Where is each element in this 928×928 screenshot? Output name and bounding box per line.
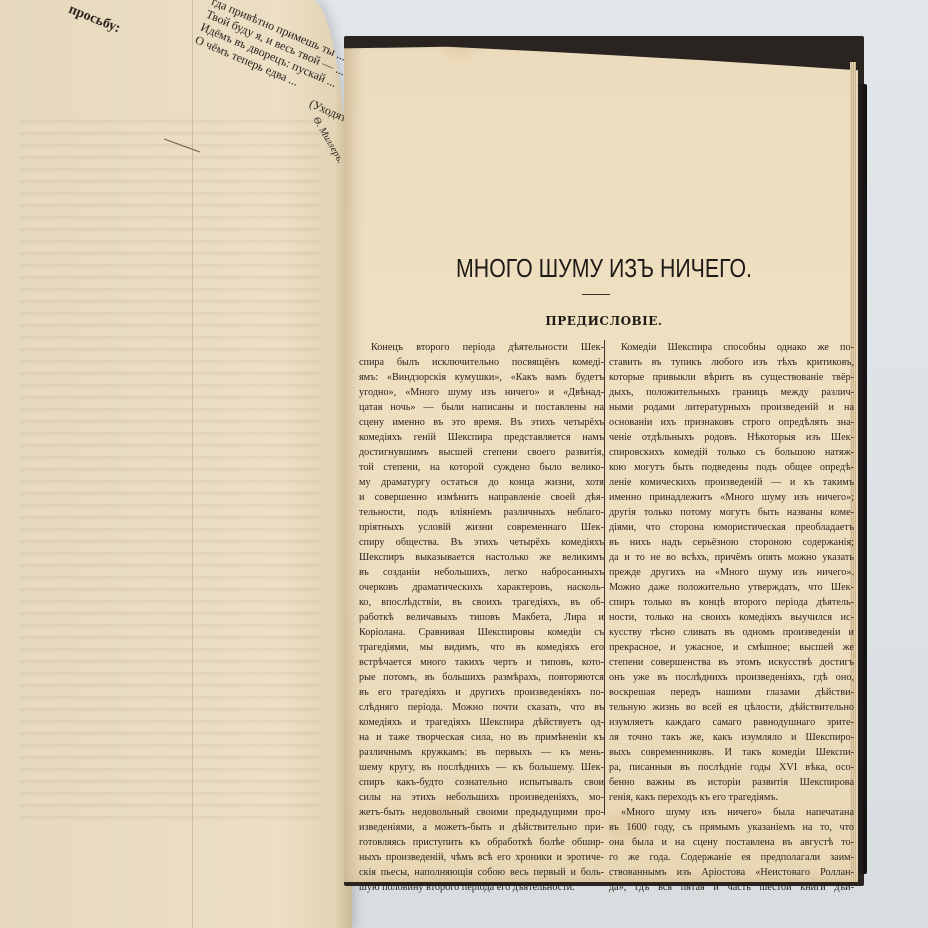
text-line: въ созданіи небольшихъ, легко набросанны… — [359, 565, 604, 580]
text-line: скія пьесы, наполняющія собою весь первы… — [359, 865, 604, 880]
text-line: готовляясь приступить къ обработкѣ болѣе… — [359, 835, 604, 850]
text-line: спиръ какъ-будто сознательно испытывалъ … — [359, 775, 604, 790]
text-line: діями, что сторона юмористическая преобл… — [609, 520, 854, 535]
text-line: выхъ современниковъ. И такъ комедіи Шекс… — [609, 745, 854, 760]
text-line: ля точно такъ же, какъ изумляло и Шекспи… — [609, 730, 854, 745]
text-line: спиръ только въ концѣ второго періода дѣ… — [609, 595, 854, 610]
text-line: онъ уже въ послѣднихъ произведеніяхъ, гд… — [609, 670, 854, 685]
text-line: ныхъ произведеній, чѣмъ всѣ его хроники … — [359, 850, 604, 865]
text-line: основаніи ихъ признаковъ строго опредѣля… — [609, 415, 854, 430]
text-line: сцену именно въ это время. Въ этихъ четы… — [359, 415, 604, 430]
text-line: кусству тѣсно сливать въ одномъ произвед… — [609, 625, 854, 640]
text-line: шую половину второго періода его дѣятель… — [359, 880, 604, 895]
text-line: ченіе отдѣльныхъ родовъ. Нѣкоторыя изъ Ш… — [609, 430, 854, 445]
text-line: комедіяхъ и трагедіяхъ Шекспира дѣйствуе… — [359, 715, 604, 730]
text-line: ра, писанныя въ послѣдніе годы XVI вѣка,… — [609, 760, 854, 775]
text-line: степени совершенства въ этомъ искусствѣ … — [609, 655, 854, 670]
play-title: МНОГО ШУМУ ИЗЪ НИЧЕГО. — [396, 253, 813, 284]
text-line: очерковъ драматическихъ характеровъ, нас… — [359, 580, 604, 595]
title-rule — [582, 294, 610, 295]
text-line: «Много шуму изъ ничего» была напечатана — [609, 805, 854, 820]
text-line: слѣдняго періода. Можно почти сказать, ч… — [359, 700, 604, 715]
text-line: ствованнымъ изъ Аріостова «Неистоваго Ро… — [609, 865, 854, 880]
text-line: ко, впослѣдствіи, въ своихъ трагедіяхъ, … — [359, 595, 604, 610]
text-line: въ 1600 году, съ прямымъ указаніемъ на т… — [609, 820, 854, 835]
left-page — [0, 0, 352, 928]
text-line: достигнувшимъ высшей степени своего разв… — [359, 445, 604, 460]
text-line: Конецъ второго періода дѣятельности Шек- — [359, 340, 604, 355]
show-through-text — [20, 120, 320, 820]
text-line: рые потомъ, въ большихъ размѣрахъ, повто… — [359, 670, 604, 685]
text-line: угодно», «Много шуму изъ ничего» и «Двѣн… — [359, 385, 604, 400]
text-line: генія, какъ переходъ къ его трагедіямъ. — [609, 790, 854, 805]
text-line: спировскихъ комедій только съ большою на… — [609, 445, 854, 460]
text-line: ными родами литературныхъ произведеній и… — [609, 400, 854, 415]
text-line: Комедіи Шекспира способны однако же по- — [609, 340, 854, 355]
text-line: ставить въ тупикъ любого изъ тѣхъ критик… — [609, 355, 854, 370]
text-line: тельности, подъ вліяніемъ различныхъ неб… — [359, 505, 604, 520]
text-line: прекрасное, и ужасное, и смѣшное; высшей… — [609, 640, 854, 655]
text-line: другія только потому могутъ быть названы… — [609, 505, 854, 520]
text-column-left: Конецъ второго періода дѣятельности Шек-… — [359, 340, 604, 895]
text-line: шему кругу, въ послѣднихъ — къ большему.… — [359, 760, 604, 775]
text-line: бенно важны въ исторіи развитія Шекспиро… — [609, 775, 854, 790]
text-line: силы на этихъ небольшихъ произведеніяхъ,… — [359, 790, 604, 805]
text-line: тельную жизнь во всей ея цѣлости, дѣйств… — [609, 700, 854, 715]
text-line: спира былъ исключительно посвящёнъ комед… — [359, 355, 604, 370]
text-line: той степени, на которой суждено было вел… — [359, 460, 604, 475]
text-line: да», гдѣ вся пятая и часть шестой книги … — [609, 880, 854, 895]
text-line: ности, только на своихъ комедіяхъ выучил… — [609, 610, 854, 625]
text-line: работкѣ величавыхъ типовъ Макбета, Лира … — [359, 610, 604, 625]
text-line: прежде другихъ на «Много шуму изъ ничего… — [609, 565, 854, 580]
text-line: трагедіями, мы видимъ, что въ комедіяхъ … — [359, 640, 604, 655]
text-line: на и таже творческая сила, но въ примѣне… — [359, 730, 604, 745]
text-line: комедіяхъ геній Шекспира представляется … — [359, 430, 604, 445]
text-line: въ нихъ надъ серьёзною стороною содержан… — [609, 535, 854, 550]
text-line: изумляетъ каждаго самаго равнодушнаго зр… — [609, 715, 854, 730]
text-line: изведеніями, а можетъ-быть и дѣйствитель… — [359, 820, 604, 835]
text-line: го же года. Содержаніе ея предполагали з… — [609, 850, 854, 865]
text-line: леніе комическихъ произведеній — и къ та… — [609, 475, 854, 490]
text-line: дыхъ, положительныхъ границъ между разли… — [609, 385, 854, 400]
text-line: му драматургу остаться до конца жизни, х… — [359, 475, 604, 490]
text-line: жетъ-быть недовольный своими предыдущими… — [359, 805, 604, 820]
text-line: въ его трагедіяхъ и другихъ произведенія… — [359, 685, 604, 700]
text-line: спиру общества. Въ этихъ четырёхъ комеді… — [359, 535, 604, 550]
text-line: различнымъ кружкамъ: въ первыхъ — къ мен… — [359, 745, 604, 760]
text-line: пріятныхъ условій жизни современнаго Шек… — [359, 520, 604, 535]
text-line: ямъ: «Виндзорскія кумушки», «Какъ вамъ б… — [359, 370, 604, 385]
text-line: да и то не во всѣхъ, причёмъ опять можно… — [609, 550, 854, 565]
text-line: Коріолана. Сравнивая Шекспировы комедіи … — [359, 625, 604, 640]
text-line: она была и на сцену поставлена въ август… — [609, 835, 854, 850]
column-divider — [604, 340, 605, 815]
text-line: именно принадлежитъ «Много шуму изъ ниче… — [609, 490, 854, 505]
text-line: кою могутъ быть подведены подъ общее опр… — [609, 460, 854, 475]
column-rule — [192, 0, 193, 928]
text-line: цатая ночь» — были написаны и поставлены… — [359, 400, 604, 415]
text-column-right: Комедіи Шекспира способны однако же по-с… — [609, 340, 854, 895]
text-line: Можно даже положительно утверждать, что … — [609, 580, 854, 595]
text-line: Шекспиръ выказывается настолько же велик… — [359, 550, 604, 565]
section-heading: ПРЕДИСЛОВІЕ. — [350, 314, 858, 328]
text-line: встрѣчается много такихъ чертъ и типовъ,… — [359, 655, 604, 670]
text-line: воскрешая передъ нашими глазами дѣйстви- — [609, 685, 854, 700]
text-line: и совершенно измѣнить направленіе своей … — [359, 490, 604, 505]
text-line: которые привыкли вѣрить въ существованіе… — [609, 370, 854, 385]
